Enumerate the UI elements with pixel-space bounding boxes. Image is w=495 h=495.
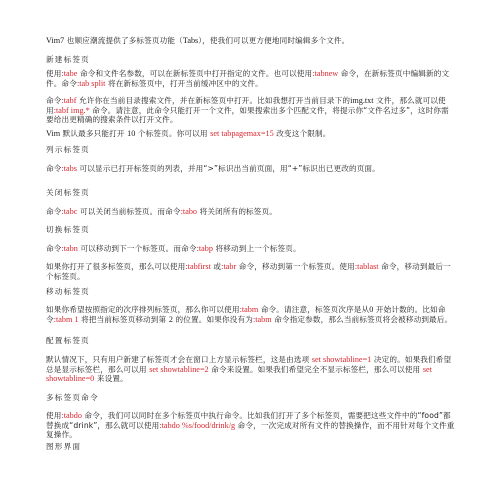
text-run: 命令	[46, 244, 62, 253]
vim-command: :tabc	[62, 207, 78, 216]
text-run: 命令。请注意，此命令只能打开一个文件，如果搜索出多个匹配文件，将提示你“文件名过…	[46, 106, 449, 125]
vim-command: :tabn	[62, 244, 78, 253]
text-run: 可以显示已打开标签页的列表，并用“>”标识出当前页面，用“+”标识出已更改的页面…	[77, 164, 380, 173]
vim-command: :tabm	[253, 315, 272, 324]
vim-command: :tabs	[62, 164, 77, 173]
text-run: 命令，移动到第一个标签页。使用	[236, 262, 355, 271]
text-run: 命令。请注意，标签页次序是从	[258, 305, 369, 314]
text-run: 可以关闭当前标签页。而命令	[77, 207, 180, 216]
vim-command: :tabp	[197, 244, 213, 253]
vim-command: :tablast	[355, 262, 379, 271]
text-run: 将把当前标签页移动到第	[79, 315, 169, 324]
text-run: 来设置。	[94, 374, 128, 383]
text-run: 改变这个限制。	[274, 129, 331, 138]
section-heading: 移动标签页	[46, 287, 456, 297]
vim-command: :tabfirst	[185, 262, 210, 271]
text-run: 将关闭所有的标签页。	[197, 207, 277, 216]
text-run: 如果你打开了很多标签页，那么可以使用	[46, 262, 185, 271]
text-run: 命令	[46, 96, 62, 105]
paragraph: Vim 默认最多只能打开 10 个标签页。你可以用 set tabpagemax…	[46, 129, 456, 139]
paragraph: 如果你打开了很多标签页，那么可以使用:tabfirst 或:tabr 命令，移动…	[46, 262, 456, 281]
vim-command: :tabm	[240, 305, 259, 314]
text-run: 将移动到上一个标签页。	[213, 244, 301, 253]
latin-text: Vim	[46, 129, 60, 138]
intro-paragraph: Vim7 也顺应潮流提供了多标签页功能（Tabs），使我们可以更方便地同时编辑多…	[46, 36, 456, 46]
paragraph: 使用:tabe 命令和文件名参数，可以在新标签页中打开指定的文件。也可以使用:t…	[46, 69, 456, 88]
text-run: 命令和文件名参数，可以在新标签页中打开指定的文件。也可以使用	[77, 69, 312, 78]
section-heading: 列示标签页	[46, 145, 456, 155]
paragraph: 命令:tabf 允许你在当前目录搜索文件，并在新标签页中打开。比如我想打开当前目…	[46, 96, 456, 125]
text-run: 如果你希望按照指定的次序排列标签页，那么你可以使用	[46, 305, 240, 314]
intro-text: Vim7	[46, 36, 64, 45]
vim-command: :tabe	[62, 69, 78, 78]
text-run: 可以移动到下一个标签页。而命令	[78, 244, 197, 253]
intro-text: Tabs	[183, 36, 198, 45]
vim-command: set showtabline=2	[149, 365, 208, 374]
text-run: 命令	[46, 207, 62, 216]
vim-command: :tabf img.*	[54, 106, 90, 115]
paragraph: 命令:tabs 可以显示已打开标签页的列表，并用“>”标识出当前页面，用“+”标…	[46, 164, 456, 174]
section-heading: 关闭标签页	[46, 188, 456, 198]
text-run: 默认最多只能打开	[60, 129, 127, 138]
text-run: 的位置。如果你没有为	[173, 315, 253, 324]
vim-command: :tabr	[221, 262, 236, 271]
section-heading: 多标签页命令	[46, 393, 456, 403]
vim-command: :tab split	[77, 79, 105, 88]
text-run: 个标签页。你可以用	[135, 129, 210, 138]
intro-text: ），使我们可以更方便地同时编辑多个文件。	[198, 36, 349, 45]
text-run: 使用	[46, 411, 62, 420]
paragraph: 命令:tabc 可以关闭当前标签页。而命令:tabo 将关闭所有的标签页。	[46, 207, 456, 217]
vim-command: :tabnew	[312, 69, 338, 78]
section-heading: 配置标签页	[46, 336, 456, 346]
text-run: 命令来设置。如果我们希望完全不显示标签栏，那么可以使用	[209, 365, 423, 374]
text-run: 允许你在当前目录搜索文件，并在新标签页中打开。比如我想打开当前目录下的	[77, 96, 351, 105]
paragraph: 命令:tabn 可以移动到下一个标签页。而命令:tabp 将移动到上一个标签页。	[46, 244, 456, 254]
paragraph: 如果你希望按照指定的次序排列标签页，那么你可以使用:tabm 命令。请注意，标签…	[46, 305, 456, 324]
vim-command: set tabpagemax=15	[210, 129, 274, 138]
text-run: 将在新标签页中，打开当前缓冲区中的文件。	[105, 79, 262, 88]
latin-text: img.txt	[350, 96, 373, 105]
vim-command: :tabdo	[62, 411, 82, 420]
text-run: 命令指定参数，那么当前标签页将会被移动到最后。	[272, 315, 453, 324]
section-heading: 新建标签页	[46, 55, 456, 65]
text-run: 或	[211, 262, 221, 271]
vim-command: :tabdo %s/food/drink/g	[159, 421, 235, 430]
section-heading: 图形界面	[46, 442, 456, 452]
section-heading: 切换标签页	[46, 225, 456, 235]
paragraph: 使用:tabdo 命令，我们可以同时在多个标签页中执行命令。比如我们打开了多个标…	[46, 411, 456, 440]
text-run: 默认情况下，只有用户新建了标签页才会在窗口上方显示标签栏，这是由选项	[46, 355, 312, 364]
vim-command: :tabo	[181, 207, 197, 216]
text-run: 命令	[46, 164, 62, 173]
vim-command: set showtabline=1	[312, 355, 371, 364]
paragraph: 默认情况下，只有用户新建了标签页才会在窗口上方显示标签栏，这是由选项 set s…	[46, 355, 456, 384]
vim-command: :tabm 1	[54, 315, 79, 324]
intro-text: 也顺应潮流提供了多标签页功能（	[64, 36, 183, 45]
vim-command: :tabf	[62, 96, 77, 105]
text-run: 使用	[46, 69, 62, 78]
